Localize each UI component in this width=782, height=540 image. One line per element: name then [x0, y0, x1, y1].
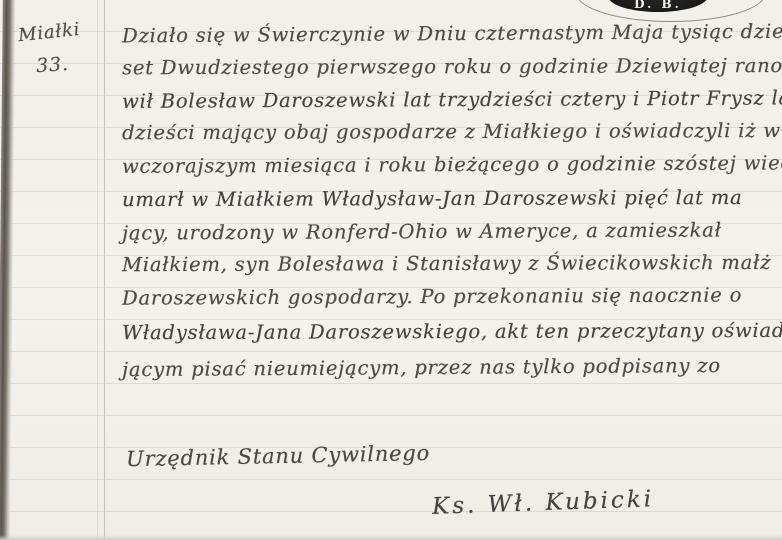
record-line-4: dzieści mający obaj gospodarze z Miałkie… [122, 119, 782, 144]
record-line-10: Władysława-Jana Daroszewskiego, akt ten … [122, 319, 782, 344]
registrar-stamp-text: D. B. [634, 0, 682, 11]
margin-rule-line [104, 0, 105, 540]
record-line-1: Działo się w Świerczynie w Dniu czternas… [122, 20, 782, 48]
record-line-8: Miałkiem, syn Bolesława i Stanisławy z Ś… [122, 251, 771, 276]
margin-crease-line [97, 0, 98, 540]
book-binding-edge [0, 0, 16, 540]
record-line-7: jący, urodzony w Ronferd-Ohio w Ameryce,… [122, 218, 722, 244]
record-line-2: set Dwudziestego pierwszego roku o godzi… [122, 54, 782, 79]
record-line-5: wczorajszym miesiąca i roku bieżącego o … [122, 151, 782, 178]
margin-place-name: Miałki [17, 19, 81, 46]
record-line-9: Daroszewskich gospodarzy. Po przekonaniu… [122, 283, 742, 309]
record-line-6: umarł w Miałkiem Władysław-Jan Daroszews… [122, 186, 743, 211]
record-line-3: wił Bolesław Daroszewski lat trzydzieści… [122, 86, 782, 113]
page-bottom-edge [0, 535, 782, 540]
registrar-signature: Ks. Wł. Kubicki [432, 486, 655, 520]
civil-registrar-closing: Urzędnik Stanu Cywilnego [126, 441, 430, 471]
margin-record-number: 33. [35, 53, 69, 77]
scanned-civil-record-page: { "document": { "margin": { "place": "Mi… [0, 0, 782, 540]
record-line-11: jącym pisać nieumiejącym, przez nas tylk… [122, 354, 721, 381]
